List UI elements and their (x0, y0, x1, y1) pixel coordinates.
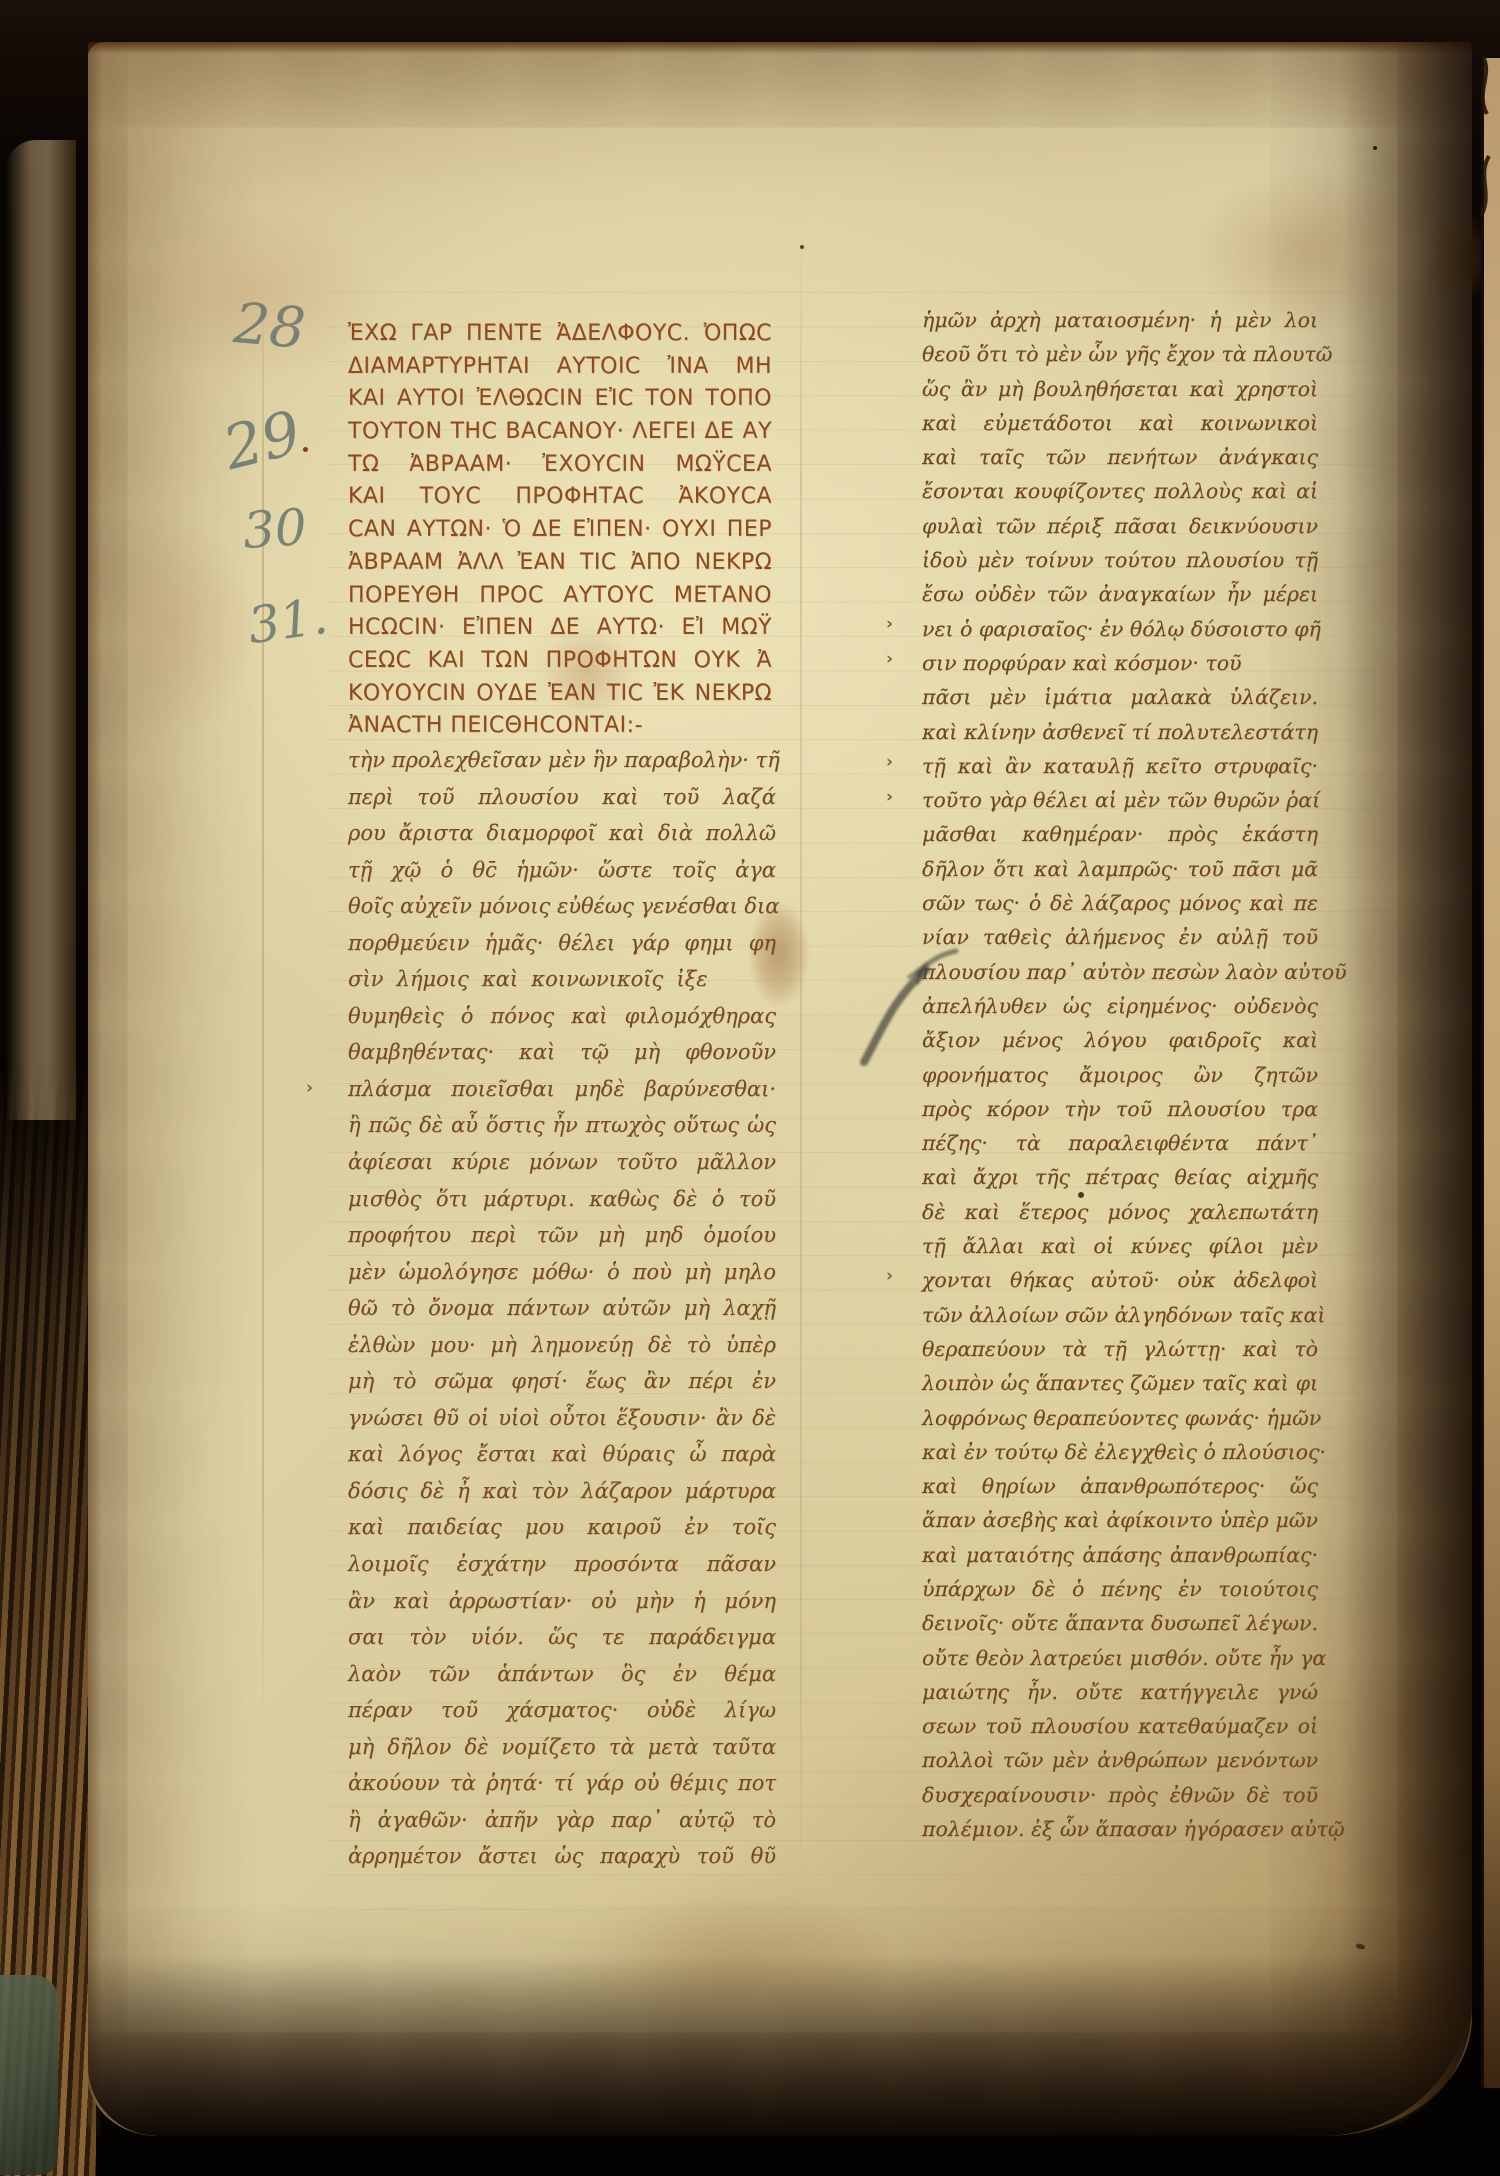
ink-speck (303, 447, 308, 452)
margin-crease (262, 272, 264, 1722)
text-line: ἀφίεσαι κύριε μόνων τοῦτο μᾶλλον (348, 1144, 776, 1181)
text-line: δὲ καὶ ἕτερος μόνος χαλεπωτάτη (922, 1195, 1318, 1229)
text-line: μαιώτης ἦν. οὔτε κατήγγειλε γνώ (922, 1675, 1318, 1709)
text-line: ἐλθὼν μου· μὴ λημονεύῃ δὲ τὸ ὑπὲρ (348, 1327, 776, 1364)
ink-smudge (850, 938, 970, 1070)
text-line: ἡμῶν ἀρχὴ ματαιοσμένη· ἡ μὲν λοι (922, 303, 1318, 337)
text-line: δυσχεραίνουσιν· πρὸς ἐθνῶν δὲ τοῦ (922, 1778, 1318, 1812)
text-line: πρὸς κόρον τὴν τοῦ πλουσίου τρα (922, 1092, 1318, 1126)
text-line: ἈΝΑϹΤΗ ΠΕΙϹΘΗϹΟΝΤΑΙ:- (348, 710, 619, 743)
text-line: καὶ κλίνην ἀσθενεῖ τί πολυτελεστάτη (922, 715, 1318, 749)
text-line: ΔΙΑΜΑΡΤΥΡΗΤΑΙ ΑΥΤΟΙϹ ἸΝΑ ΜΗ (348, 351, 772, 384)
text-line: ΗϹΩϹΙΝ· ΕἸΠΕΝ ΔΕ ΑΥΤΩ· ΕἸ ΜΩΫ (348, 612, 772, 645)
text-line: καὶ παιδείας μου καιροῦ ἐν τοῖς (348, 1509, 776, 1546)
text-line: καὶ λόγος ἔσται καὶ θύραις ὦ παρὰ (348, 1436, 776, 1473)
text-line: θεραπεύουν τὰ τῇ γλώττῃ· καὶ τὸ (922, 1332, 1318, 1366)
text-line: δόσις δὲ ἦ καὶ τὸν λάζαρον μάρτυρα (348, 1473, 776, 1510)
text-line: ἄξιον μένος λόγου φαιδροῖς καὶ (922, 1023, 1318, 1057)
text-line: ὥς ἂν μὴ βουληθήσεται καὶ χρηστοὶ (922, 372, 1318, 406)
text-line: οὔτε θεὸν λατρεύει μισθόν. οὔτε ἦν γα (922, 1641, 1318, 1675)
text-line: πᾶσι μὲν ἱμάτια μαλακὰ ὑλάζειν. (922, 680, 1318, 714)
text-line: σεων τοῦ πλουσίου κατεθαύμαζεν οἱ (922, 1709, 1318, 1743)
diple-quote-mark: › (886, 787, 893, 807)
text-line: δῆλον ὅτι καὶ λαμπρῶς· τοῦ πᾶσι μᾶ (922, 852, 1318, 886)
left-column-gospel-uncial-text: ἘΧΩ ΓΑΡ ΠΕΝΤΕ ἈΔΕΛΦΟΥϹ. ὈΠΩϹΔΙΑΜΑΡΤΥΡΗΤΑ… (348, 318, 772, 743)
pencil-verse-number-28: 28 (231, 291, 308, 362)
text-line: ἰδοὺ μὲν τοίνυν τούτου πλουσίου τῇ (922, 543, 1318, 577)
text-line: σαι τὸν υἱόν. ὥς τε παράδειγμα (348, 1619, 776, 1656)
ink-speck (1078, 1192, 1084, 1198)
text-line: ἘΧΩ ΓΑΡ ΠΕΝΤΕ ἈΔΕΛΦΟΥϹ. ὈΠΩϹ (348, 318, 772, 351)
text-line: τοῦτο γὰρ θέλει αἱ μὲν τῶν θυρῶν ῥαί (922, 783, 1318, 817)
text-line: μισθὸς ὅτι μάρτυρι. καθὼς δὲ ὁ τοῦ (348, 1181, 776, 1218)
intercolumn-crease (800, 222, 802, 1902)
right-column-commentary-text: ἡμῶν ἀρχὴ ματαιοσμένη· ἡ μὲν λοιθεοῦ ὅτι… (922, 303, 1318, 1846)
text-line: τῇ χῷ ὁ θϲ̄ ἡμῶν· ὥστε τοῖς ἀγα (348, 852, 776, 889)
text-line: τῶν ἀλλοίων σῶν ἀλγηδόνων ταῖς καὶ (922, 1298, 1318, 1332)
text-line: ἂν καὶ ἀρρωστίαν· οὐ μὴν ἡ μόνη (348, 1583, 776, 1620)
text-line: λοιπὸν ὡς ἅπαντες ζῶμεν ταῖς καὶ φι (922, 1366, 1318, 1400)
text-line: σὶν λήμοις καὶ κοινωνικοῖς ἰξε (348, 961, 708, 998)
text-line: καὶ ταῖς τῶν πενήτων ἀνάγκαις (922, 440, 1318, 474)
text-line: καὶ θηρίων ἀπανθρωπότερος· ὥς (922, 1469, 1318, 1503)
text-line: δεινοῖς· οὔτε ἅπαντα δυσωπεῖ λέγων. (922, 1606, 1318, 1640)
manuscript-page: ἘΧΩ ΓΑΡ ΠΕΝΤΕ ἈΔΕΛΦΟΥϹ. ὈΠΩϹΔΙΑΜΑΡΤΥΡΗΤΑ… (88, 42, 1472, 2136)
text-line: πλάσμα ποιεῖσθαι μηδὲ βαρύνεσθαι· (348, 1071, 776, 1108)
text-line: μὲν ὡμολόγησε μόθω· ὁ ποὺ μὴ μηλο (348, 1254, 776, 1291)
text-line: πολλοὶ τῶν μὲν ἀνθρώπων μενόντων (922, 1743, 1318, 1777)
text-line: μὴ δῆλον δὲ νομίζετο τὰ μετὰ ταῦτα (348, 1729, 776, 1766)
ink-speck (800, 245, 804, 249)
text-line: πορθμεύειν ἡμᾶς· θέλει γάρ φημι φη (348, 925, 776, 962)
text-line: μᾶσθαι καθημέραν· πρὸς ἑκάστη (922, 817, 1318, 851)
diple-quote-mark: › (886, 649, 893, 669)
text-line: ΚΑΙ ΤΟΥϹ ΠΡΟΦΗΤΑϹ ἈΚΟΥϹΑ (348, 481, 772, 514)
text-line: σιν πορφύραν καὶ κόσμον· τοῦ (922, 646, 1239, 680)
text-line: ΚΟΥΟΥϹΙΝ ΟΥΔΕ ἘΑΝ ΤΙϹ ἘΚ ΝΕΚΡΩ (348, 678, 772, 711)
text-line: νει ὁ φαρισαῖος· ἐν θόλῳ δύσοιστο φῆ (922, 612, 1318, 646)
pencil-verse-number-29: 29 (217, 398, 308, 484)
text-line: λοφρόνως θεραπεύοντες φωνάς· ἡμῶν (922, 1401, 1318, 1435)
text-line: καὶ ματαιότης ἁπάσης ἀπανθρωπίας· (922, 1538, 1318, 1572)
text-line: πέραν τοῦ χάσματος· οὐδὲ λίγω (348, 1692, 776, 1729)
text-line: χονται θήκας αὐτοῦ· οὐκ ἀδελφοὶ (922, 1263, 1318, 1297)
text-line: ΤΟΥΤΟΝ ΤΗϹ ΒΑϹΑΝΟΥ· ΛΕΓΕΙ ΔΕ ΑΥ (348, 416, 772, 449)
text-line: ρου ἄριστα διαμορφοῖ καὶ διὰ πολλῶ (348, 815, 776, 852)
text-line: τῇ καὶ ἂν καταυλῇ κεῖτο στρυφαῖς· (922, 749, 1318, 783)
text-line: καὶ ἄχρι τῆς πέτρας θείας αἰχμῆς (922, 1160, 1318, 1194)
text-line: πολέμιον. ἐξ ὧν ἅπασαν ἠγόρασεν αὐτῷ (922, 1812, 1318, 1846)
text-line: περὶ τοῦ πλουσίου καὶ τοῦ λαζά (348, 779, 776, 816)
text-line: τῇ ἄλλαι καὶ οἱ κύνες φίλοι μὲν (922, 1229, 1318, 1263)
left-column-commentary-text: τὴν προλεχθεῖσαν μὲν ἣν παραβολὴν· τῆπερ… (348, 742, 776, 1875)
text-line: ἀπελήλυθεν ὡς εἰρημένος· οὐδενὸς (922, 989, 1318, 1023)
text-line: ἢ ἀγαθῶν· ἀπῆν γὰρ παρ᾽ αὐτῷ τὸ (348, 1802, 776, 1839)
bottom-shadow (88, 1956, 1472, 2136)
text-line: ἀκούουν τὰ ῥητά· τί γάρ οὐ θέμις ποτ (348, 1765, 776, 1802)
text-line: προφήτου περὶ τῶν μὴ μηδ ὁμοίου (348, 1217, 776, 1254)
pencil-verse-number-30: 30 (241, 498, 309, 560)
diple-quote-mark: › (306, 1078, 313, 1098)
text-line: ΠΟΡΕΥΘΗ ΠΡΟϹ ΑΥΤΟΥϹ ΜΕΤΑΝΟ (348, 580, 772, 613)
text-line: θαμβηθέντας· καὶ τῷ μὴ φθονοῦν (348, 1034, 776, 1071)
text-line: πλουσίου παρ᾽ αὐτὸν πεσὼν λαὸν αὐτοῦ (922, 955, 1318, 989)
text-line: θῶ τὸ ὄνομα πάντων αὐτῶν μὴ λαχῇ (348, 1290, 776, 1327)
diple-quote-mark: › (886, 614, 893, 634)
text-line: ἔσονται κουφίζοντες πολλοὺς καὶ αἱ (922, 474, 1318, 508)
text-line: ΚΑΙ ΑΥΤΟΙ ἘΛΘΩϹΙΝ ΕἸϹ ΤΟΝ ΤΟΠΟ (348, 383, 772, 416)
text-line: λαὸν τῶν ἁπάντων ὃς ἐν θέμα (348, 1656, 776, 1693)
text-line: θοῖς αὐχεῖν μόνοις εὐθέως γενέσθαι δια (348, 888, 776, 925)
page-edge-highlight (6, 140, 76, 1120)
text-line: πέζης· τὰ παραλειφθέντα πάντ᾽ (922, 1126, 1318, 1160)
text-line: φρονήματος ἄμοιρος ὢν ζητῶν (922, 1058, 1318, 1092)
text-line: θεοῦ ὅτι τὸ μὲν ὧν γῆς ἔχον τὰ πλουτῶ (922, 337, 1318, 371)
photograph-of-codex: ἘΧΩ ΓΑΡ ΠΕΝΤΕ ἈΔΕΛΦΟΥϹ. ὈΠΩϹΔΙΑΜΑΡΤΥΡΗΤΑ… (0, 0, 1500, 2176)
text-line: γνώσει θῦ οἱ υἱοὶ οὗτοι ἕξουσιν· ἂν δὲ (348, 1400, 776, 1437)
text-line: φυλαὶ τῶν πέριξ πᾶσαι δεικνύουσιν (922, 509, 1318, 543)
pencil-verse-number-31: 31. (244, 587, 331, 656)
text-line: ΤΩ ἈΒΡΑΑΜ· ἘΧΟΥϹΙΝ ΜΩΫϹΕΑ (348, 449, 772, 482)
text-line: σῶν τως· ὁ δὲ λάζαρος μόνος καὶ πε (922, 886, 1318, 920)
page-top-rim (88, 42, 1472, 54)
binding-cloth (0, 1975, 58, 2175)
text-line: ϹΕΩϹ ΚΑΙ ΤΩΝ ΠΡΟΦΗΤΩΝ ΟΥΚ Ἀ (348, 645, 772, 678)
text-line: μὴ τὸ σῶμα φησί· ἕως ἂν πέρι ἐν (348, 1363, 776, 1400)
next-page-edge (1481, 58, 1500, 2088)
text-line: ἔσω οὐδὲν τῶν ἀναγκαίων ἦν μέρει (922, 577, 1318, 611)
gutter-shadow (1342, 42, 1472, 2136)
binding-threads (1463, 48, 1499, 258)
text-line: θυμηθεὶς ὁ πόνος καὶ φιλομόχθηρας (348, 998, 776, 1035)
text-line: ἈΒΡΑΑΜ ἈΛΛ ἘΑΝ ΤΙϹ ἈΠΟ ΝΕΚΡΩ (348, 547, 772, 580)
text-line: καὶ εὐμετάδοτοι καὶ κοινωνικοὶ (922, 406, 1318, 440)
text-line: νίαν ταθεὶς ἀλήμενος ἐν αὐλῇ τοῦ (922, 920, 1318, 954)
diple-quote-mark: › (886, 752, 893, 772)
text-line: ἀρρημέτον ἄστει ὡς παραχὺ τοῦ θῦ (348, 1838, 776, 1875)
text-line: τὴν προλεχθεῖσαν μὲν ἣν παραβολὴν· τῆ (348, 742, 776, 779)
text-line: λοιμοῖς ἐσχάτην προσόντα πᾶσαν (348, 1546, 776, 1583)
text-line: ἢ πῶς δὲ αὖ ὅστις ἦν πτωχὸς οὕτως ὡς (348, 1107, 776, 1144)
text-line: ἅπαν ἀσεβὴς καὶ ἀφίκοιντο ὑπὲρ μῶν (922, 1503, 1318, 1537)
text-line: καὶ ἐν τούτῳ δὲ ἐλεγχθεὶς ὁ πλούσιος· (922, 1435, 1318, 1469)
diple-quote-mark: › (886, 1266, 893, 1286)
page-left-rim (88, 42, 102, 2136)
text-line: ϹΑΝ ΑΥΤΩΝ· Ὁ ΔΕ ΕἸΠΕΝ· ΟΥΧΙ ΠΕΡ (348, 514, 772, 547)
text-line: ὑπάρχων δὲ ὁ πένης ἐν τοιούτοις (922, 1572, 1318, 1606)
